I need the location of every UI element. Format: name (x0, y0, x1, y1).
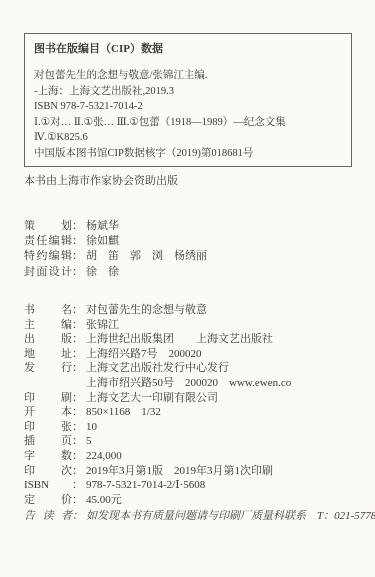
pub-value: 上海文艺大一印刷有限公司 (84, 391, 218, 406)
pub-label: 发行 (24, 361, 72, 376)
pub-row: ISBN：978-7-5321-7014-2/Ⅰ·5608 (24, 478, 291, 493)
pub-row: 地址：上海绍兴路7号 200020 (24, 347, 291, 362)
pub-row: 印刷：上海文艺大一印刷有限公司 (24, 391, 291, 406)
notice-row: 告读者：如发现本书有质量问题请与印刷厂质量科联系 T：021-57780459 (24, 509, 375, 524)
pub-value: 张锦江 (84, 318, 119, 333)
pub-label: 印次 (24, 464, 72, 479)
credit-value: 胡 笛 郭 浏 杨绣丽 (84, 249, 207, 264)
colon: ： (72, 234, 84, 249)
colon: ： (72, 361, 84, 376)
pub-row: 开本：850×1168 1/32 (24, 405, 291, 420)
credit-label: 封面设计 (24, 265, 72, 280)
pub-value: 上海文艺出版社发行中心发行 (84, 361, 229, 376)
colon: ： (72, 318, 84, 333)
colon-empty (72, 376, 84, 391)
funding-note: 本书由上海市作家协会资助出版 (24, 174, 178, 188)
colon: ： (72, 391, 84, 406)
notice-label: 告读者 (24, 509, 72, 524)
colon: ： (72, 249, 84, 264)
pub-value: 上海绍兴路7号 200020 (84, 347, 202, 362)
pub-label: 地址 (24, 347, 72, 362)
credit-value: 徐 徐 (84, 265, 119, 280)
colon: ： (72, 509, 84, 524)
reader-notice: 告读者：如发现本书有质量问题请与印刷厂质量科联系 T：021-57780459 (24, 509, 375, 524)
cip-line: 对包蕾先生的念想与敬意/张锦江主编. (34, 68, 343, 84)
pub-row: 主编：张锦江 (24, 318, 291, 333)
pub-value: 5 (84, 434, 92, 449)
pub-row: 书名：对包蕾先生的念想与敬意 (24, 303, 291, 318)
credit-value: 杨斌华 (84, 219, 119, 234)
credits-block: 策划：杨斌华 责任编辑：徐如麒 特约编辑：胡 笛 郭 浏 杨绣丽 封面设计：徐 … (24, 219, 207, 280)
colon: ： (72, 493, 84, 508)
pub-value: 2019年3月第1版 2019年3月第1次印刷 (84, 464, 273, 479)
cip-line: ISBN 978-7-5321-7014-2 (34, 99, 343, 115)
colon: ： (72, 449, 84, 464)
colon: ： (72, 478, 84, 493)
pub-label: ISBN (24, 478, 72, 493)
pub-value: 上海市绍兴路50号 200020 www.ewen.co (84, 376, 291, 391)
pub-label: 主编 (24, 318, 72, 333)
copyright-page: 图书在版编目（CIP）数据 对包蕾先生的念想与敬意/张锦江主编. -上海：上海文… (0, 0, 375, 577)
pub-value: 10 (84, 420, 97, 435)
credit-label: 策划 (24, 219, 72, 234)
pub-value: 978-7-5321-7014-2/Ⅰ·5608 (84, 478, 205, 493)
cip-line: Ⅰ.①对… Ⅱ.①张… Ⅲ.①包蕾（1918—1989）—纪念文集 (34, 115, 343, 131)
pub-row: 印次：2019年3月第1版 2019年3月第1次印刷 (24, 464, 291, 479)
pub-value: 224,000 (84, 449, 122, 464)
pub-label: 定价 (24, 493, 72, 508)
credit-row: 封面设计：徐 徐 (24, 265, 207, 280)
pub-row: 插页：5 (24, 434, 291, 449)
colon: ： (72, 219, 84, 234)
pub-row: 出版：上海世纪出版集团 上海文艺出版社 (24, 332, 291, 347)
credit-label: 特约编辑 (24, 249, 72, 264)
notice-value: 如发现本书有质量问题请与印刷厂质量科联系 T：021-57780459 (84, 509, 375, 524)
cip-data-box: 图书在版编目（CIP）数据 对包蕾先生的念想与敬意/张锦江主编. -上海：上海文… (24, 33, 352, 167)
credit-label: 责任编辑 (24, 234, 72, 249)
pub-value: 850×1168 1/32 (84, 405, 161, 420)
cip-line: Ⅳ.①K825.6 (34, 130, 343, 146)
credit-row: 特约编辑：胡 笛 郭 浏 杨绣丽 (24, 249, 207, 264)
pub-value: 上海世纪出版集团 上海文艺出版社 (84, 332, 273, 347)
pub-label: 插页 (24, 434, 72, 449)
pub-row: 发行：上海文艺出版社发行中心发行 (24, 361, 291, 376)
colon: ： (72, 464, 84, 479)
cip-line: 中国版本图书馆CIP数据核字（2019)第018681号 (34, 146, 343, 162)
colon: ： (72, 434, 84, 449)
pub-label: 开本 (24, 405, 72, 420)
pub-row-continuation: 上海市绍兴路50号 200020 www.ewen.co (24, 376, 291, 391)
credit-row: 策划：杨斌华 (24, 219, 207, 234)
pub-label: 印刷 (24, 391, 72, 406)
pub-value: 45.00元 (84, 493, 122, 508)
pub-label-empty (24, 376, 72, 391)
pub-label: 印张 (24, 420, 72, 435)
pub-label: 字数 (24, 449, 72, 464)
pub-label: 书名 (24, 303, 72, 318)
pub-label: 出版 (24, 332, 72, 347)
publication-info-block: 书名：对包蕾先生的念想与敬意 主编：张锦江 出版：上海世纪出版集团 上海文艺出版… (24, 303, 291, 507)
credit-value: 徐如麒 (84, 234, 119, 249)
colon: ： (72, 347, 84, 362)
cip-line: -上海：上海文艺出版社,2019.3 (34, 84, 343, 100)
colon: ： (72, 303, 84, 318)
credit-row: 责任编辑：徐如麒 (24, 234, 207, 249)
colon: ： (72, 420, 84, 435)
pub-row: 印张：10 (24, 420, 291, 435)
pub-row: 字数：224,000 (24, 449, 291, 464)
cip-title: 图书在版编目（CIP）数据 (34, 43, 343, 56)
colon: ： (72, 265, 84, 280)
colon: ： (72, 405, 84, 420)
pub-row: 定价：45.00元 (24, 493, 291, 508)
pub-value: 对包蕾先生的念想与敬意 (84, 303, 207, 318)
colon: ： (72, 332, 84, 347)
